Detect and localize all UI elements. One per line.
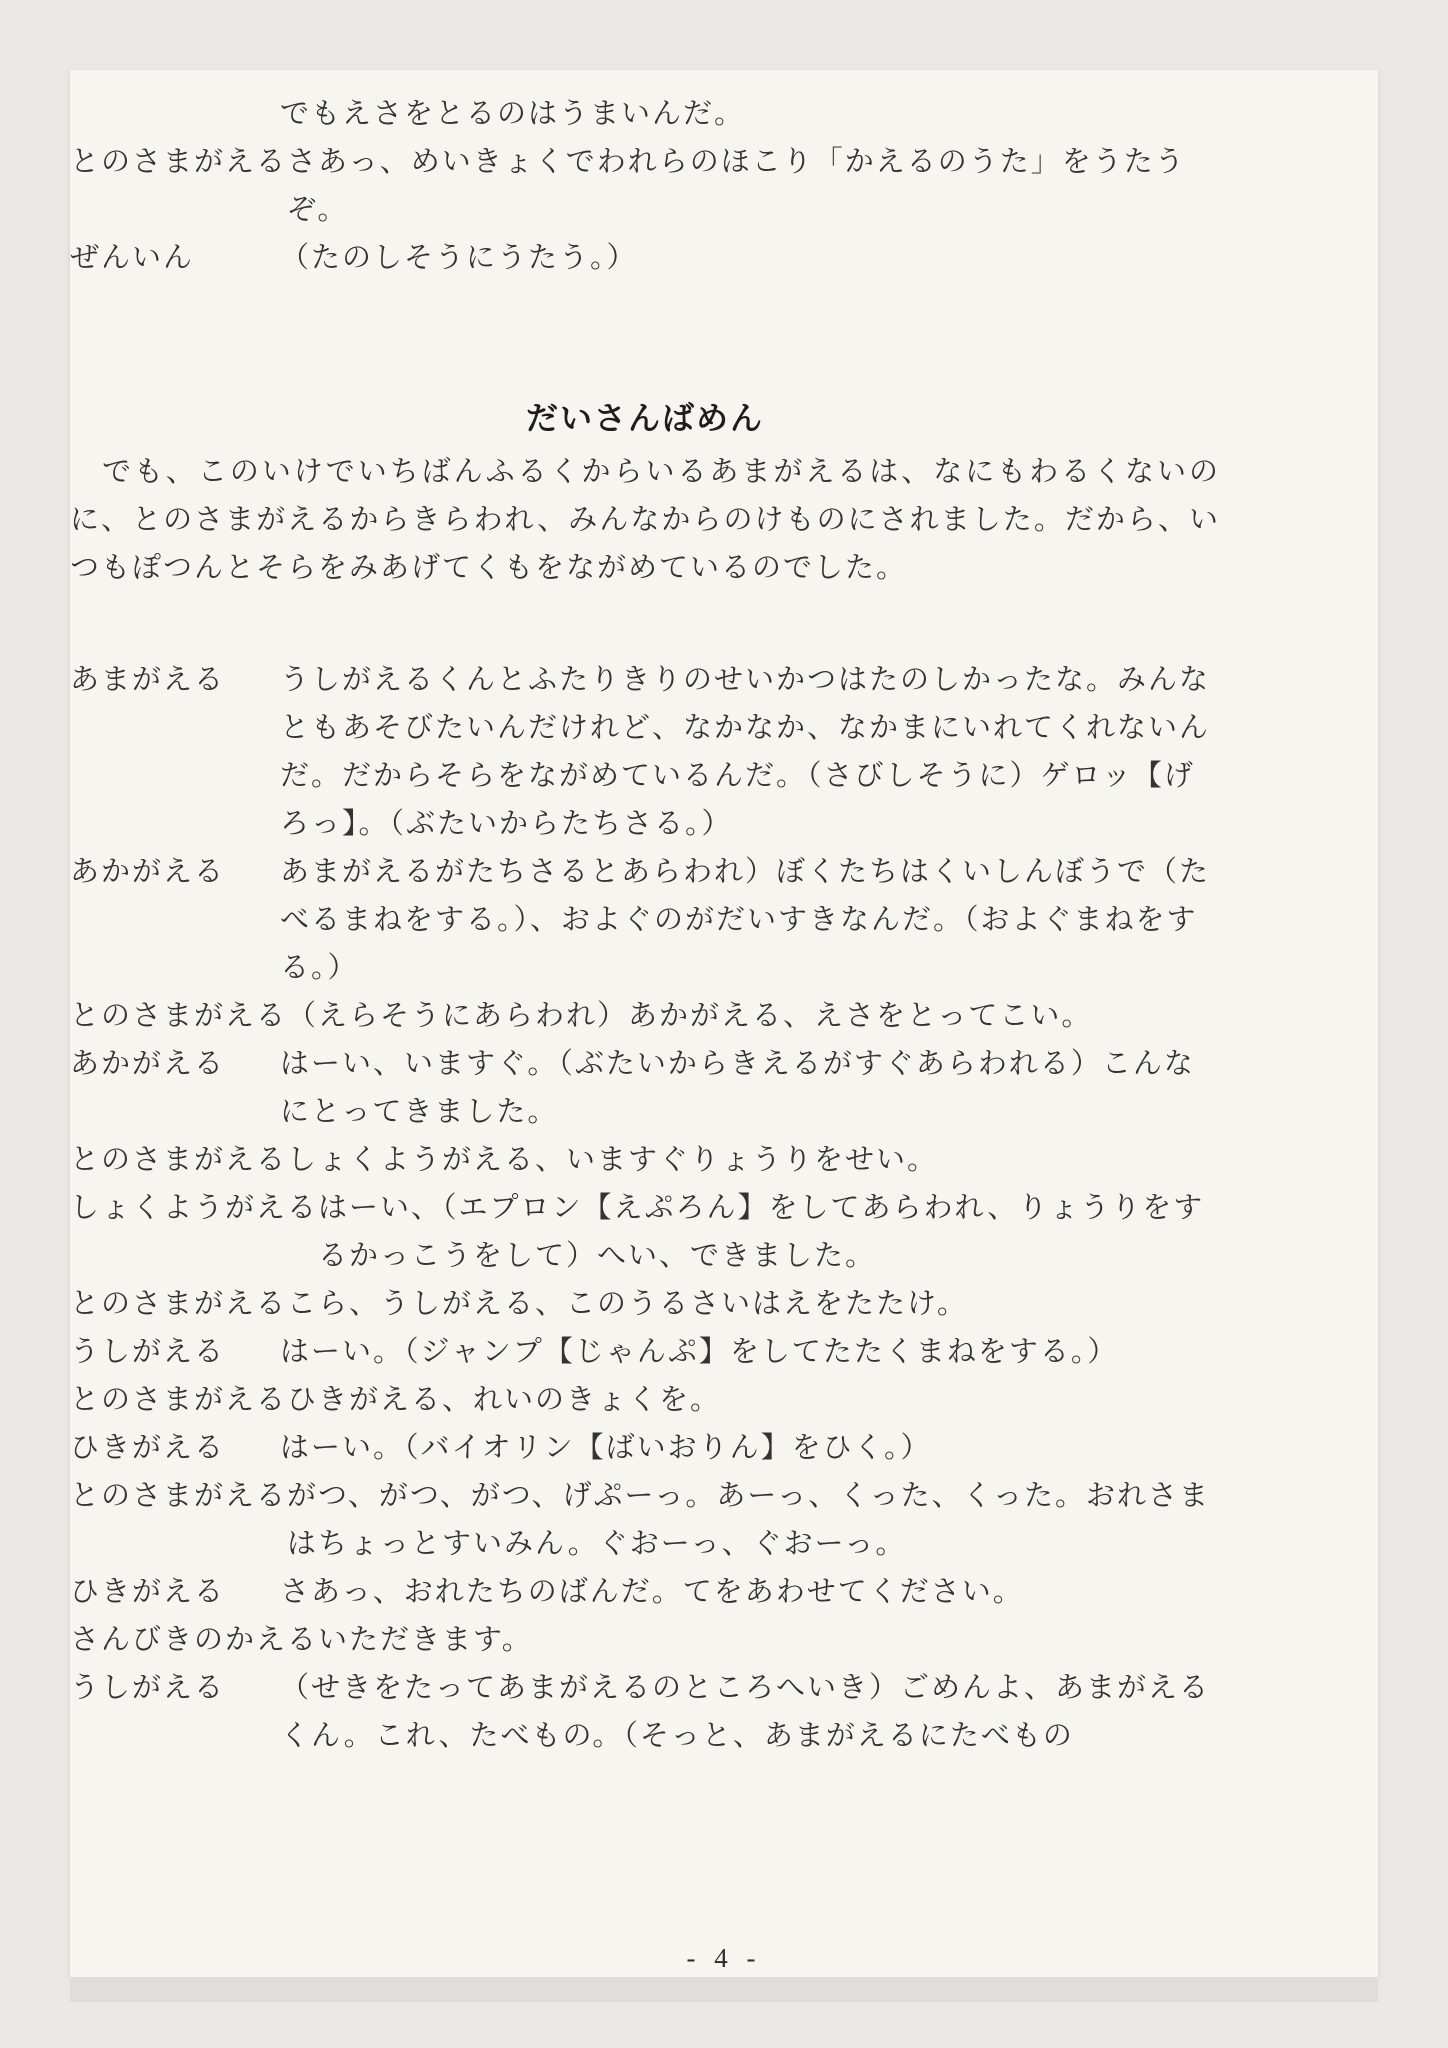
- dialogue-row: でもえさをとるのはうまいんだ。: [70, 90, 1220, 138]
- dialogue-text: はーい。（バイオリン【ばいおりん】をひく。）: [280, 1424, 1220, 1472]
- speaker-name: とのさまがえる: [70, 1280, 287, 1328]
- dialogue-row: とのさまがえる さあっ、めいきょくでわれらのほこり「かえるのうた」をうたうぞ。: [70, 138, 1220, 234]
- speaker-name: とのさまがえる: [70, 992, 287, 1040]
- scene-heading: だいさんばめん: [70, 394, 1220, 442]
- speaker-name: あかがえる: [70, 848, 280, 896]
- script-page-content: でもえさをとるのはうまいんだ。 とのさまがえる さあっ、めいきょくでわれらのほこ…: [70, 90, 1308, 1760]
- dialogue-text: さあっ、めいきょくでわれらのほこり「かえるのうた」をうたうぞ。: [287, 138, 1220, 234]
- dialogue-text: （えらそうにあらわれ）あかがえる、えさをとってこい。: [287, 992, 1220, 1040]
- speaker-name: とのさまがえる: [70, 1472, 287, 1520]
- speaker-name: うしがえる: [70, 1328, 280, 1376]
- dialogue-row: うしがえる はーい。（ジャンプ【じゃんぷ】をしてたたくまねをする。）: [70, 1328, 1220, 1376]
- dialogue-row: ぜんいん （たのしそうにうたう。）: [70, 234, 1220, 282]
- speaker-name: ぜんいん: [70, 234, 280, 282]
- dialogue-text: （たのしそうにうたう。）: [280, 234, 1220, 282]
- speaker-name: しょくようがえる: [70, 1184, 318, 1232]
- dialogue-row: ひきがえる はーい。（バイオリン【ばいおりん】をひく。）: [70, 1424, 1220, 1472]
- dialogue-text: （せきをたってあまがえるのところへいき）ごめんよ、あまがえるくん。これ、たべもの…: [280, 1664, 1220, 1760]
- dialogue-text: ひきがえる、れいのきょくを。: [287, 1376, 1220, 1424]
- dialogue-row: あかがえる はーい、いますぐ。（ぶたいからきえるがすぐあらわれる）こんなにとって…: [70, 1040, 1220, 1136]
- dialogue-text: うしがえるくんとふたりきりのせいかつはたのしかったな。みんなともあそびたいんだけ…: [280, 656, 1220, 848]
- dialogue-row: とのさまがえる ひきがえる、れいのきょくを。: [70, 1376, 1220, 1424]
- speaker-name: とのさまがえる: [70, 1136, 287, 1184]
- dialogue-row: ひきがえる さあっ、おれたちのばんだ。てをあわせてください。: [70, 1568, 1220, 1616]
- dialogue-row: しょくようがえる はーい、（エプロン【えぷろん】をしてあらわれ、りょうりをするか…: [70, 1184, 1220, 1280]
- speaker-name: あかがえる: [70, 1040, 280, 1088]
- dialogue-text: さあっ、おれたちのばんだ。てをあわせてください。: [280, 1568, 1220, 1616]
- dialogue-text: はーい、（エプロン【えぷろん】をしてあらわれ、りょうりをするかっこうをして）へい…: [318, 1184, 1220, 1280]
- dialogue-text: あまがえるがたちさるとあらわれ）ぼくたちはくいしんぼうで（たべるまねをする。）、…: [280, 848, 1220, 992]
- dialogue-row: あまがえる うしがえるくんとふたりきりのせいかつはたのしかったな。みんなともあそ…: [70, 656, 1220, 848]
- page-number: - 4 -: [70, 1938, 1378, 1978]
- dialogue-text: はーい。（ジャンプ【じゃんぷ】をしてたたくまねをする。）: [280, 1328, 1220, 1376]
- speaker-name: うしがえる: [70, 1664, 280, 1712]
- paper-bottom-shadow: [70, 1977, 1378, 2002]
- dialogue-rows: あまがえる うしがえるくんとふたりきりのせいかつはたのしかったな。みんなともあそ…: [70, 656, 1220, 1760]
- dialogue-row: さんびきのかえる いただきます。: [70, 1616, 1220, 1664]
- pre-dialogue-rows: でもえさをとるのはうまいんだ。 とのさまがえる さあっ、めいきょくでわれらのほこ…: [70, 90, 1220, 282]
- speaker-name: とのさまがえる: [70, 138, 287, 186]
- dialogue-row: とのさまがえる がつ、がつ、がつ、げぷーっ。あーっ、くった、くった。おれさまはち…: [70, 1472, 1220, 1568]
- narration-paragraph: でも、このいけでいちばんふるくからいるあまがえるは、なにもわるくないのに、とのさ…: [70, 448, 1220, 592]
- dialogue-text: こら、うしがえる、このうるさいはえをたたけ。: [287, 1280, 1220, 1328]
- speaker-name: さんびきのかえる: [70, 1616, 318, 1664]
- dialogue-row: とのさまがえる しょくようがえる、いますぐりょうりをせい。: [70, 1136, 1220, 1184]
- dialogue-text: しょくようがえる、いますぐりょうりをせい。: [287, 1136, 1220, 1184]
- dialogue-text: はーい、いますぐ。（ぶたいからきえるがすぐあらわれる）こんなにとってきました。: [280, 1040, 1220, 1136]
- dialogue-text: がつ、がつ、がつ、げぷーっ。あーっ、くった、くった。おれさまはちょっとすいみん。…: [287, 1472, 1220, 1568]
- speaker-name: ひきがえる: [70, 1568, 280, 1616]
- dialogue-text: いただきます。: [318, 1616, 1220, 1664]
- speaker-name: ひきがえる: [70, 1424, 280, 1472]
- dialogue-row: とのさまがえる こら、うしがえる、このうるさいはえをたたけ。: [70, 1280, 1220, 1328]
- dialogue-row: とのさまがえる （えらそうにあらわれ）あかがえる、えさをとってこい。: [70, 992, 1220, 1040]
- dialogue-text: でもえさをとるのはうまいんだ。: [280, 90, 1220, 138]
- speaker-name: とのさまがえる: [70, 1376, 287, 1424]
- dialogue-row: うしがえる （せきをたってあまがえるのところへいき）ごめんよ、あまがえるくん。こ…: [70, 1664, 1220, 1760]
- dialogue-row: あかがえる あまがえるがたちさるとあらわれ）ぼくたちはくいしんぼうで（たべるまね…: [70, 848, 1220, 992]
- speaker-name: あまがえる: [70, 656, 280, 704]
